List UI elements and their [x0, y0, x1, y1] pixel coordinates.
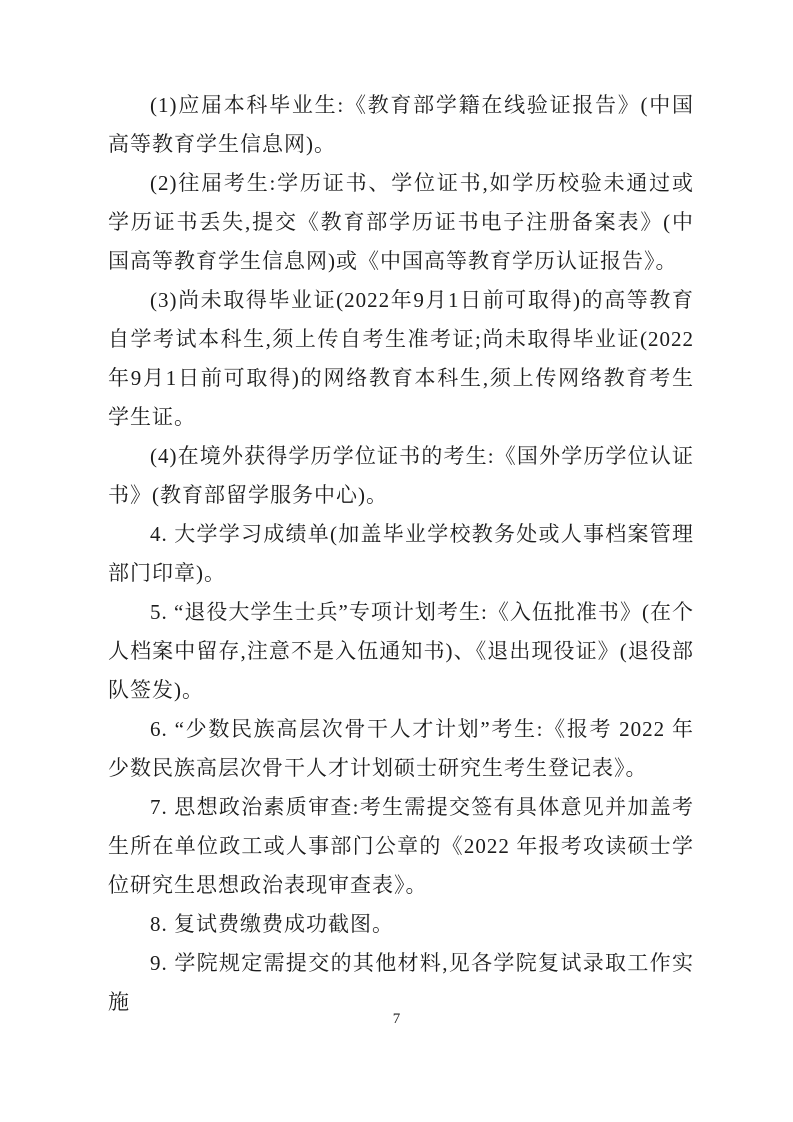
document-body: (1)应届本科毕业生:《教育部学籍在线验证报告》(中国高等教育学生信息网)。 (… — [108, 86, 694, 1022]
page-footer: 7 — [0, 1008, 793, 1030]
paragraph: (3)尚未取得毕业证(2022年9月1日前可取得)的高等教育自学考试本科生,须上… — [108, 281, 694, 437]
document-page: (1)应届本科毕业生:《教育部学籍在线验证报告》(中国高等教育学生信息网)。 (… — [0, 0, 793, 1122]
paragraph: 4. 大学学习成绩单(加盖毕业学校教务处或人事档案管理部门印章)。 — [108, 515, 694, 593]
paragraph: (4)在境外获得学历学位证书的考生:《国外学历学位认证书》(教育部留学服务中心)… — [108, 437, 694, 515]
page-number: 7 — [393, 1011, 401, 1027]
paragraph: 8. 复试费缴费成功截图。 — [108, 905, 694, 944]
paragraph: (2)往届考生:学历证书、学位证书,如学历校验未通过或学历证书丢失,提交《教育部… — [108, 164, 694, 281]
paragraph: 6. “少数民族高层次骨干人才计划”考生:《报考 2022 年少数民族高层次骨干… — [108, 710, 694, 788]
paragraph: (1)应届本科毕业生:《教育部学籍在线验证报告》(中国高等教育学生信息网)。 — [108, 86, 694, 164]
paragraph: 7. 思想政治素质审查:考生需提交签有具体意见并加盖考生所在单位政工或人事部门公… — [108, 788, 694, 905]
paragraph: 5. “退役大学生士兵”专项计划考生:《入伍批准书》(在个人档案中留存,注意不是… — [108, 593, 694, 710]
